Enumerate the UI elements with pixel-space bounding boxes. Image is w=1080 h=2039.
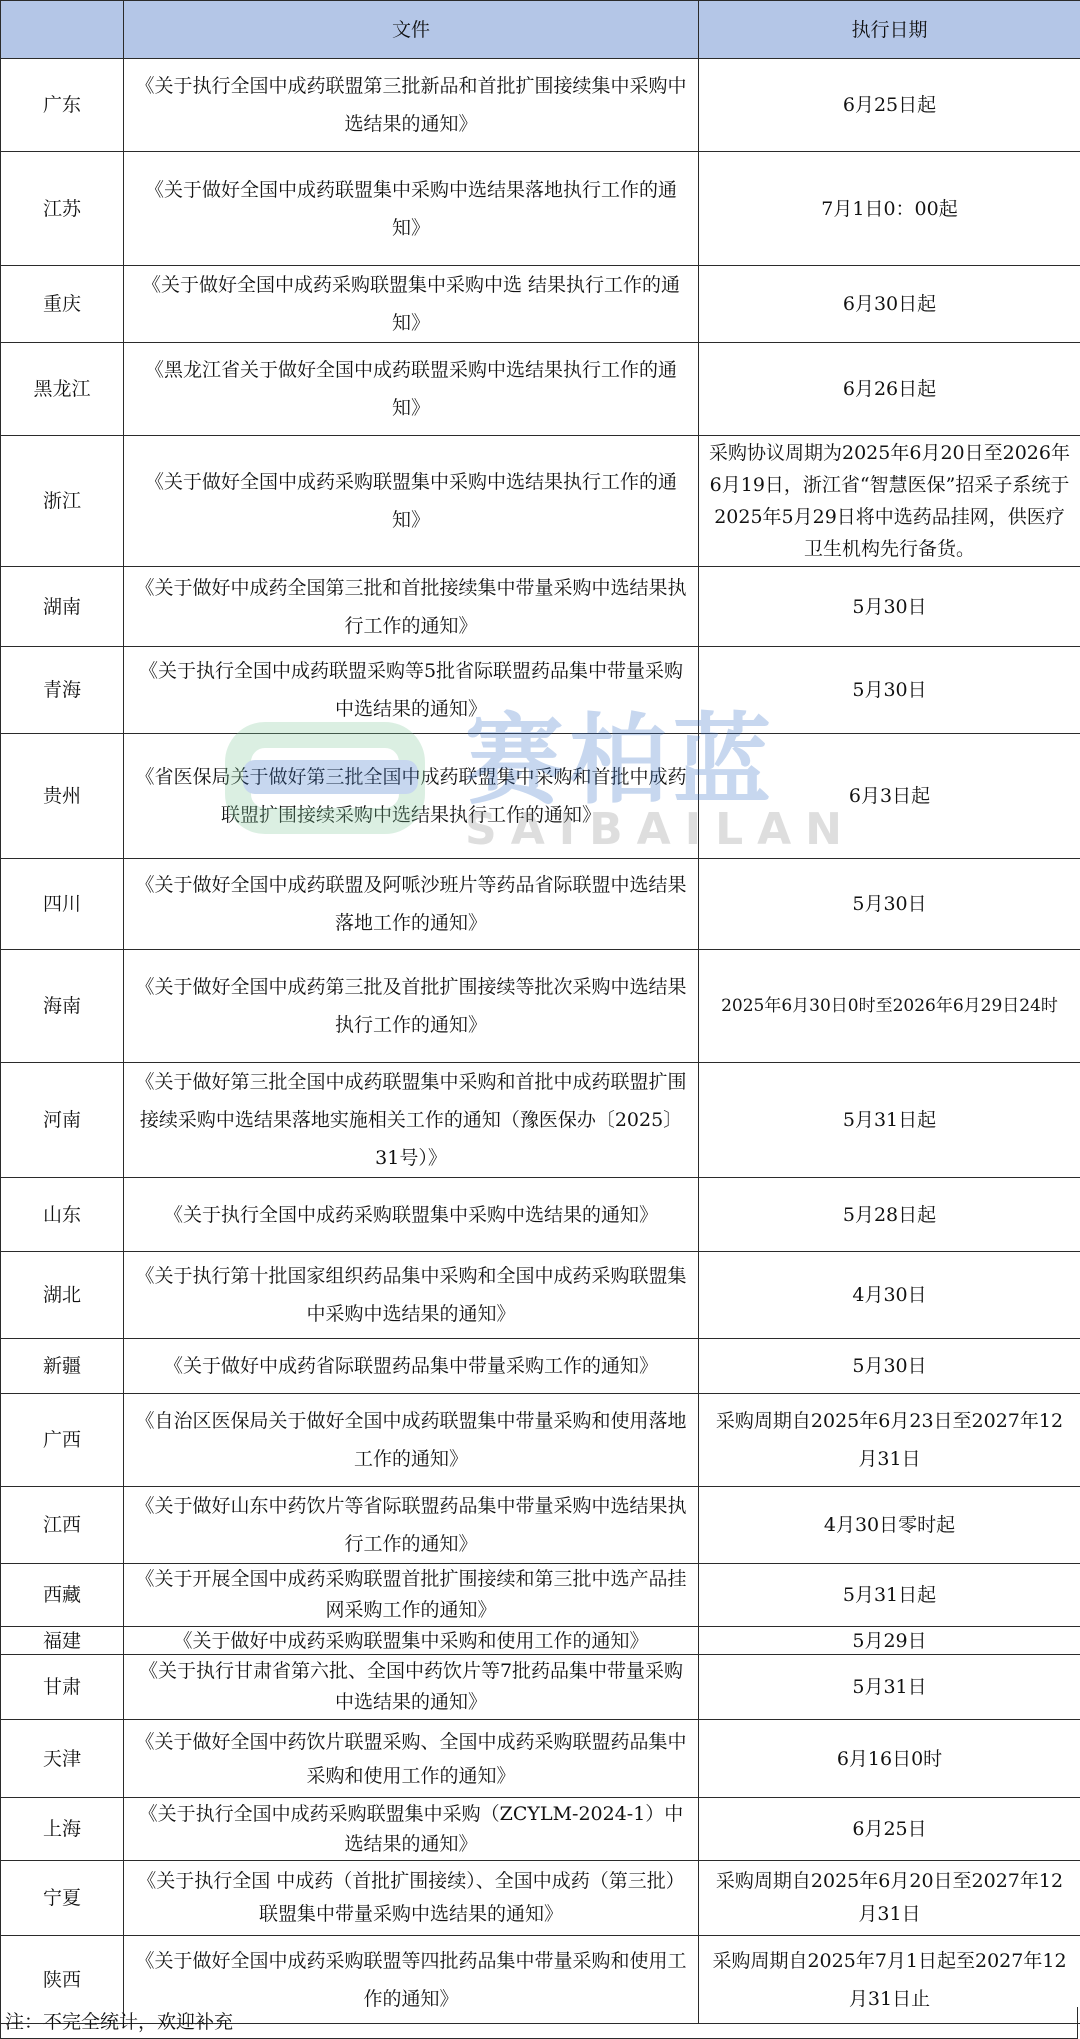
region-cell: 浙江 [1, 436, 124, 567]
date-cell: 2025年6月30日0时至2026年6月29日24时 [699, 950, 1080, 1063]
footnote: 注：不完全统计，欢迎补充 [0, 2007, 1078, 2039]
table-row: 贵州《省医保局关于做好第三批全国中成药联盟集中采购和首批中成药联盟扩围接续采购中… [1, 734, 1080, 859]
document-cell: 《关于做好全国中成药采购联盟集中采购中选 结果执行工作的通知》 [124, 266, 699, 343]
document-cell: 《关于做好全国中成药第三批及首批扩围接续等批次采购中选结果执行工作的通知》 [124, 950, 699, 1063]
region-cell: 江西 [1, 1487, 124, 1564]
region-cell: 重庆 [1, 266, 124, 343]
document-cell: 《关于做好全国中药饮片联盟采购、全国中成药采购联盟药品集中采购和使用工作的通知》 [124, 1720, 699, 1798]
date-cell: 6月16日0时 [699, 1720, 1080, 1798]
region-cell: 江苏 [1, 152, 124, 266]
table-header-row: 文件 执行日期 [1, 1, 1080, 59]
date-cell: 采购协议周期为2025年6月20日至2026年6月19日，浙江省“智慧医保”招采… [699, 436, 1080, 567]
document-cell: 《关于做好中成药采购联盟集中采购和使用工作的通知》 [124, 1627, 699, 1655]
table-row: 天津《关于做好全国中药饮片联盟采购、全国中成药采购联盟药品集中采购和使用工作的通… [1, 1720, 1080, 1798]
date-cell: 5月29日 [699, 1627, 1080, 1655]
policy-table: 文件 执行日期 广东《关于执行全国中成药联盟第三批新品和首批扩围接续集中采购中选… [0, 0, 1080, 2024]
date-cell: 5月31日 [699, 1655, 1080, 1720]
date-cell: 5月30日 [699, 1339, 1080, 1394]
table-row: 海南《关于做好全国中成药第三批及首批扩围接续等批次采购中选结果执行工作的通知》2… [1, 950, 1080, 1063]
date-cell: 7月1日0：00起 [699, 152, 1080, 266]
table-row: 上海《关于执行全国中成药采购联盟集中采购（ZCYLM-2024-1）中选结果的通… [1, 1798, 1080, 1861]
table-row: 重庆《关于做好全国中成药采购联盟集中采购中选 结果执行工作的通知》6月30日起 [1, 266, 1080, 343]
date-cell: 6月25日 [699, 1798, 1080, 1861]
date-cell: 4月30日零时起 [699, 1487, 1080, 1564]
table-row: 甘肃《关于执行甘肃省第六批、全国中药饮片等7批药品集中带量采购中选结果的通知》5… [1, 1655, 1080, 1720]
document-cell: 《关于做好第三批全国中成药联盟集中采购和首批中成药联盟扩围接续采购中选结果落地实… [124, 1063, 699, 1178]
region-cell: 河南 [1, 1063, 124, 1178]
table-row: 江西《关于做好山东中药饮片等省际联盟药品集中带量采购中选结果执行工作的通知》4月… [1, 1487, 1080, 1564]
table-row: 浙江《关于做好全国中成药采购联盟集中采购中选结果执行工作的通知》采购协议周期为2… [1, 436, 1080, 567]
region-cell: 甘肃 [1, 1655, 124, 1720]
region-cell: 黑龙江 [1, 343, 124, 436]
region-cell: 广东 [1, 59, 124, 152]
date-cell: 5月31日起 [699, 1063, 1080, 1178]
document-cell: 《关于执行全国中成药联盟采购等5批省际联盟药品集中带量采购中选结果的通知》 [124, 647, 699, 734]
date-cell: 5月30日 [699, 859, 1080, 950]
region-cell: 西藏 [1, 1564, 124, 1627]
document-cell: 《关于执行全国中成药采购联盟集中采购（ZCYLM-2024-1）中选结果的通知》 [124, 1798, 699, 1861]
table-row: 湖南《关于做好中成药全国第三批和首批接续集中带量采购中选结果执行工作的通知》5月… [1, 567, 1080, 647]
document-cell: 《关于执行全国 中成药（首批扩围接续）、全国中成药（第三批） 联盟集中带量采购中… [124, 1861, 699, 1936]
table-row: 河南《关于做好第三批全国中成药联盟集中采购和首批中成药联盟扩围接续采购中选结果落… [1, 1063, 1080, 1178]
document-cell: 《省医保局关于做好第三批全国中成药联盟集中采购和首批中成药联盟扩围接续采购中选结… [124, 734, 699, 859]
table-row: 广东《关于执行全国中成药联盟第三批新品和首批扩围接续集中采购中选结果的通知》6月… [1, 59, 1080, 152]
region-cell: 天津 [1, 1720, 124, 1798]
header-date: 执行日期 [699, 1, 1080, 59]
date-cell: 4月30日 [699, 1252, 1080, 1339]
document-cell: 《关于执行全国中成药采购联盟集中采购中选结果的通知》 [124, 1178, 699, 1252]
region-cell: 宁夏 [1, 1861, 124, 1936]
date-cell: 6月3日起 [699, 734, 1080, 859]
date-cell: 5月30日 [699, 647, 1080, 734]
document-cell: 《关于做好山东中药饮片等省际联盟药品集中带量采购中选结果执行工作的通知》 [124, 1487, 699, 1564]
document-cell: 《关于执行第十批国家组织药品集中采购和全国中成药采购联盟集中采购中选结果的通知》 [124, 1252, 699, 1339]
date-cell: 采购周期自2025年6月23日至2027年12月31日 [699, 1394, 1080, 1487]
table-row: 广西《自治区医保局关于做好全国中成药联盟集中带量采购和使用落地工作的通知》采购周… [1, 1394, 1080, 1487]
date-cell: 6月26日起 [699, 343, 1080, 436]
document-cell: 《关于做好全国中成药联盟及阿哌沙班片等药品省际联盟中选结果落地工作的通知》 [124, 859, 699, 950]
date-cell: 6月25日起 [699, 59, 1080, 152]
region-cell: 新疆 [1, 1339, 124, 1394]
region-cell: 贵州 [1, 734, 124, 859]
table-row: 西藏《关于开展全国中成药采购联盟首批扩围接续和第三批中选产品挂网采购工作的通知》… [1, 1564, 1080, 1627]
table-row: 黑龙江《黑龙江省关于做好全国中成药联盟采购中选结果执行工作的通知》6月26日起 [1, 343, 1080, 436]
date-cell: 6月30日起 [699, 266, 1080, 343]
document-cell: 《关于开展全国中成药采购联盟首批扩围接续和第三批中选产品挂网采购工作的通知》 [124, 1564, 699, 1627]
region-cell: 广西 [1, 1394, 124, 1487]
table-row: 四川《关于做好全国中成药联盟及阿哌沙班片等药品省际联盟中选结果落地工作的通知》5… [1, 859, 1080, 950]
document-cell: 《关于做好中成药全国第三批和首批接续集中带量采购中选结果执行工作的通知》 [124, 567, 699, 647]
table-row: 福建《关于做好中成药采购联盟集中采购和使用工作的通知》5月29日 [1, 1627, 1080, 1655]
region-cell: 福建 [1, 1627, 124, 1655]
region-cell: 四川 [1, 859, 124, 950]
date-cell: 5月30日 [699, 567, 1080, 647]
document-cell: 《关于做好中成药省际联盟药品集中带量采购工作的通知》 [124, 1339, 699, 1394]
header-region [1, 1, 124, 59]
document-cell: 《关于执行甘肃省第六批、全国中药饮片等7批药品集中带量采购中选结果的通知》 [124, 1655, 699, 1720]
document-cell: 《黑龙江省关于做好全国中成药联盟采购中选结果执行工作的通知》 [124, 343, 699, 436]
document-cell: 《关于做好全国中成药采购联盟集中采购中选结果执行工作的通知》 [124, 436, 699, 567]
table-row: 宁夏《关于执行全国 中成药（首批扩围接续）、全国中成药（第三批） 联盟集中带量采… [1, 1861, 1080, 1936]
region-cell: 湖南 [1, 567, 124, 647]
document-cell: 《关于做好全国中成药联盟集中采购中选结果落地执行工作的通知》 [124, 152, 699, 266]
date-cell: 采购周期自2025年6月20日至2027年12月31日 [699, 1861, 1080, 1936]
date-cell: 5月31日起 [699, 1564, 1080, 1627]
table-row: 江苏《关于做好全国中成药联盟集中采购中选结果落地执行工作的通知》7月1日0：00… [1, 152, 1080, 266]
region-cell: 上海 [1, 1798, 124, 1861]
region-cell: 青海 [1, 647, 124, 734]
region-cell: 山东 [1, 1178, 124, 1252]
table-row: 湖北《关于执行第十批国家组织药品集中采购和全国中成药采购联盟集中采购中选结果的通… [1, 1252, 1080, 1339]
table-row: 新疆《关于做好中成药省际联盟药品集中带量采购工作的通知》5月30日 [1, 1339, 1080, 1394]
document-cell: 《关于执行全国中成药联盟第三批新品和首批扩围接续集中采购中选结果的通知》 [124, 59, 699, 152]
table-row: 山东《关于执行全国中成药采购联盟集中采购中选结果的通知》5月28日起 [1, 1178, 1080, 1252]
header-document: 文件 [124, 1, 699, 59]
table-row: 青海《关于执行全国中成药联盟采购等5批省际联盟药品集中带量采购中选结果的通知》5… [1, 647, 1080, 734]
region-cell: 海南 [1, 950, 124, 1063]
document-cell: 《自治区医保局关于做好全国中成药联盟集中带量采购和使用落地工作的通知》 [124, 1394, 699, 1487]
date-cell: 5月28日起 [699, 1178, 1080, 1252]
region-cell: 湖北 [1, 1252, 124, 1339]
